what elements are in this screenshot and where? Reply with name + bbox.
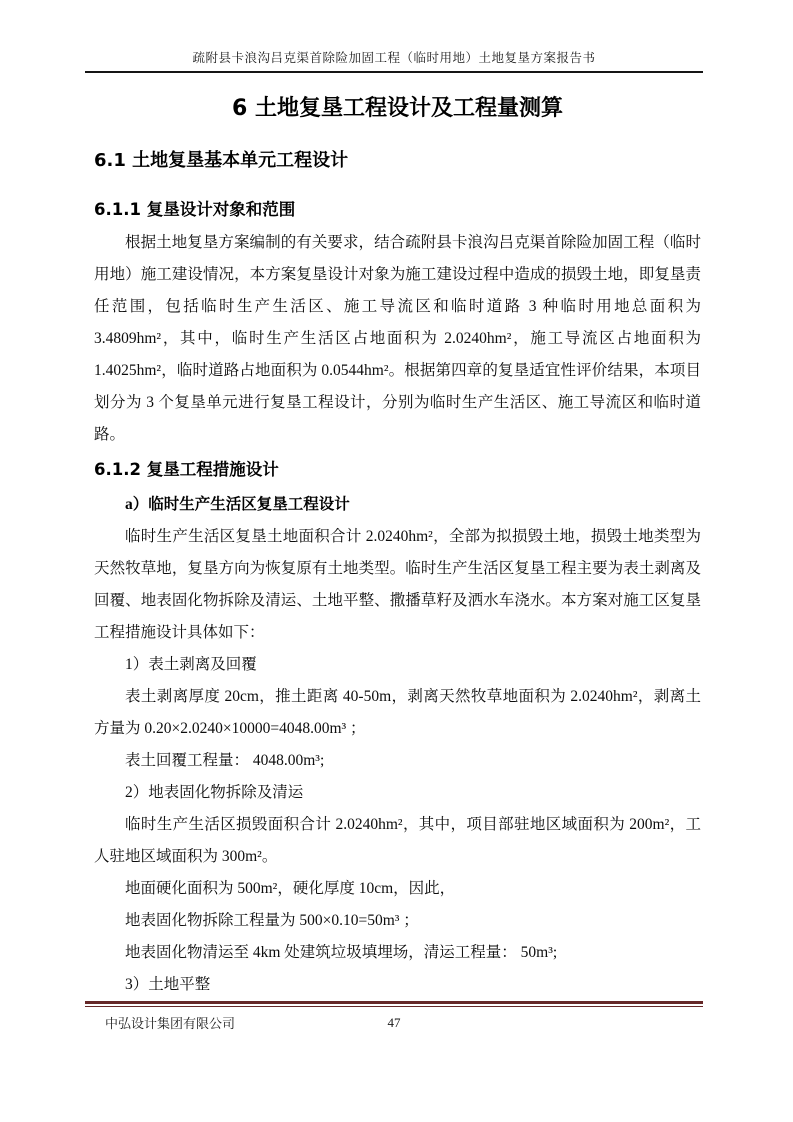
item-2-paragraph-demolition-volume: 地表固化物拆除工程量为 500×0.10=50m³ ； xyxy=(94,905,701,937)
item-1-paragraph-stripping: 表土剥离厚度 20cm，推土距离 40-50m，剥离天然牧草地面积为 2.024… xyxy=(94,681,701,745)
chapter-title: 6 土地复垦工程设计及工程量测算 xyxy=(94,94,701,123)
document-page: 疏附县卡浪沟吕克渠首除险加固工程（临时用地）土地复垦方案报告书 6 土地复垦工程… xyxy=(0,0,793,1122)
item-2-title: 2）地表固化物拆除及清运 xyxy=(94,777,701,809)
item-1-title: 1）表土剥离及回覆 xyxy=(94,649,701,681)
header-title: 疏附县卡浪沟吕克渠首除险加固工程（临时用地）土地复垦方案报告书 xyxy=(85,50,703,66)
footer-rule xyxy=(85,1001,703,1007)
paragraph-design-scope: 根据土地复垦方案编制的有关要求，结合疏附县卡浪沟吕克渠首除险加固工程（临时用地）… xyxy=(94,227,701,451)
item-1-paragraph-backfill: 表土回覆工程量： 4048.00m³; xyxy=(94,745,701,777)
page-number: 47 xyxy=(85,1015,703,1031)
section-heading-6-1-1: 6.1.1 复垦设计对象和范围 xyxy=(94,199,701,221)
page-header: 疏附县卡浪沟吕克渠首除险加固工程（临时用地）土地复垦方案报告书 xyxy=(85,0,703,73)
paragraph-intro-living-area: 临时生产生活区复垦土地面积合计 2.0240hm²，全部为拟损毁土地，损毁土地类… xyxy=(94,521,701,649)
page-footer: 中弘设计集团有限公司 47 xyxy=(85,1001,703,1031)
subsection-a-heading: a）临时生产生活区复垦工程设计 xyxy=(94,489,701,521)
footer-row: 中弘设计集团有限公司 47 xyxy=(85,1013,703,1031)
section-heading-6-1: 6.1 土地复垦基本单元工程设计 xyxy=(94,149,701,173)
item-2-paragraph-areas: 临时生产生活区损毁面积合计 2.0240hm²，其中，项目部驻地区域面积为 20… xyxy=(94,809,701,873)
document-body: 6 土地复垦工程设计及工程量测算 6.1 土地复垦基本单元工程设计 6.1.1 … xyxy=(94,80,701,1001)
item-3-title: 3）土地平整 xyxy=(94,969,701,1001)
header-rule xyxy=(85,71,703,73)
item-2-paragraph-hardened-area: 地面硬化面积为 500m²，硬化厚度 10cm，因此， xyxy=(94,873,701,905)
section-heading-6-1-2: 6.1.2 复垦工程措施设计 xyxy=(94,459,701,481)
item-2-paragraph-removal: 地表固化物清运至 4km 处建筑垃圾填埋场，清运工程量： 50m³; xyxy=(94,937,701,969)
